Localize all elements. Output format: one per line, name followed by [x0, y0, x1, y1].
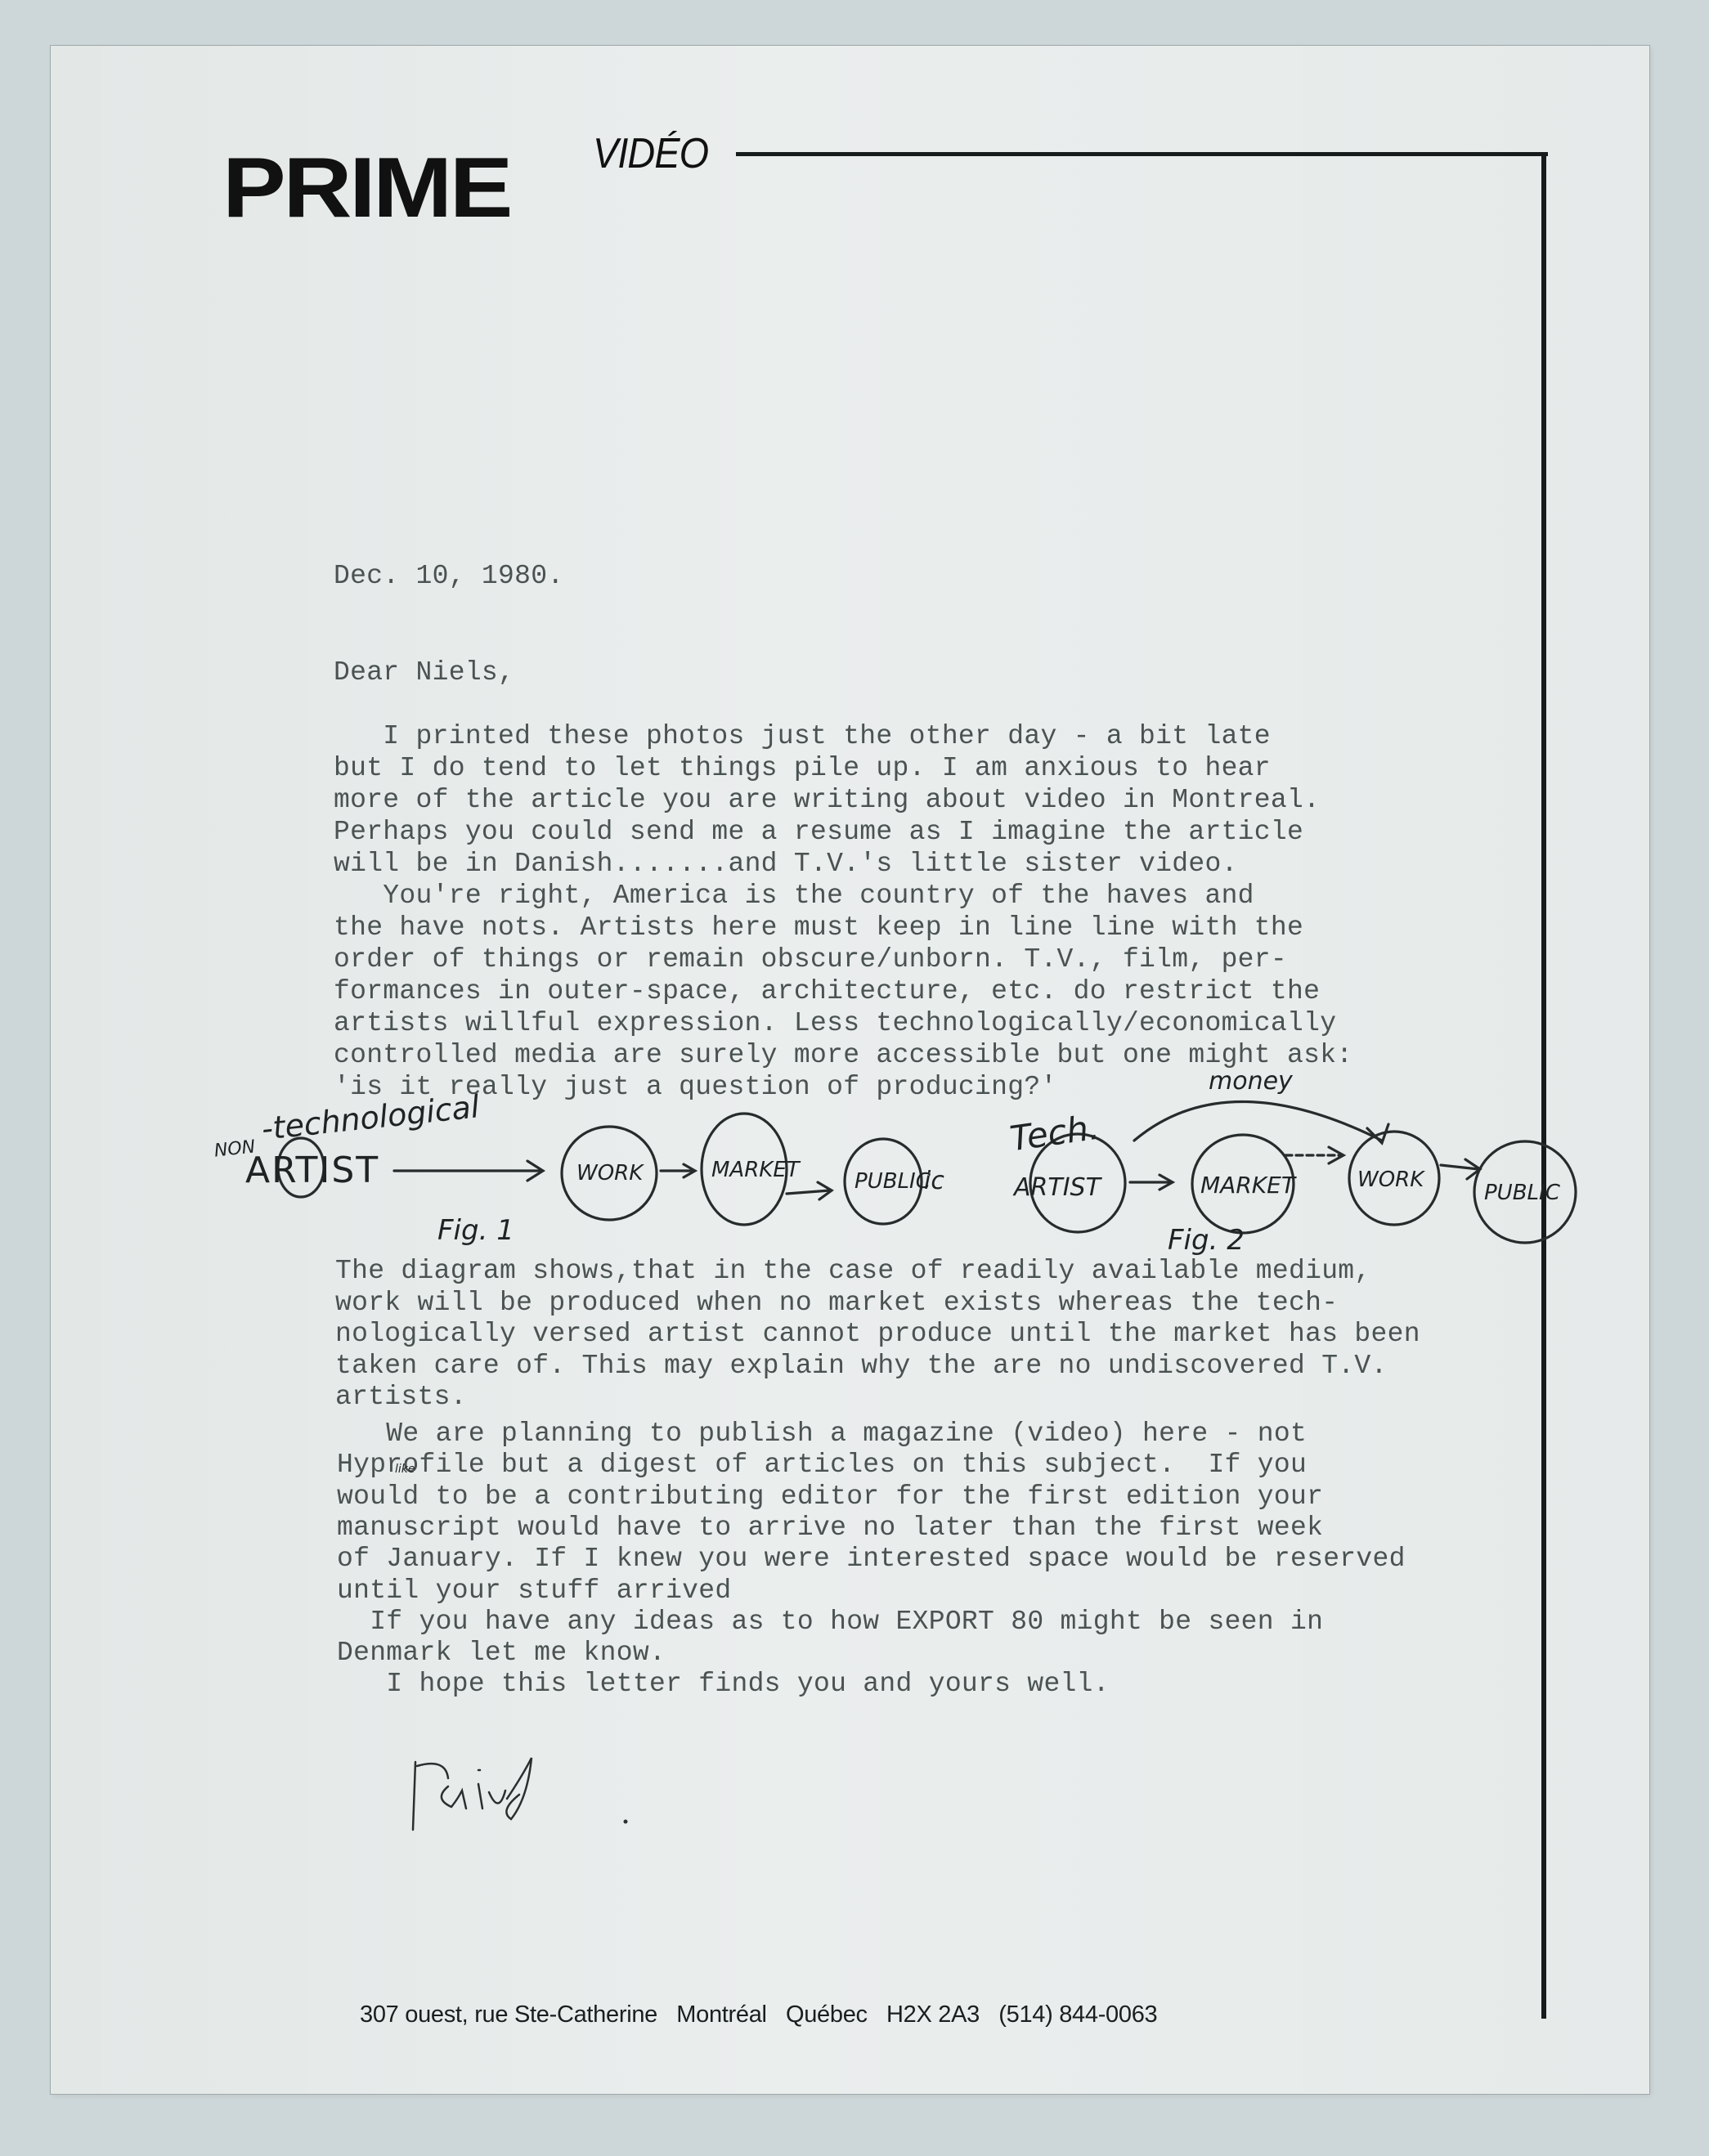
letterhead-logo-prime: PRIME	[222, 146, 510, 231]
fig2-node-market: MARKET	[1200, 1174, 1295, 1197]
letter-line: of January. If I knew you were intereste…	[337, 1545, 1406, 1572]
letter-line: will be in Danish.......and T.V.'s littl…	[334, 850, 1238, 877]
letter-line: I hope this letter finds you and yours w…	[337, 1670, 1110, 1697]
letter-date: Dec. 10, 1980.	[334, 563, 563, 589]
fig2-node-public: PUBLIC	[1484, 1182, 1560, 1204]
letter-line: artists.	[335, 1383, 467, 1410]
letter-line: manuscript would have to arrive no later…	[337, 1514, 1323, 1541]
fig1-node-work: WORK	[576, 1163, 643, 1184]
fig1-node-market: MARKET	[711, 1159, 800, 1181]
letter-line: If you have any ideas as to how EXPORT 8…	[337, 1608, 1323, 1635]
letter-line: Perhaps you could send me a resume as I …	[334, 818, 1303, 845]
fig2-arc-label: money	[1209, 1069, 1293, 1094]
letterhead-rule-horizontal	[736, 152, 1548, 156]
letter-line: controlled media are surely more accessi…	[334, 1042, 1352, 1069]
letter-line: Hyprofile but a digest of articles on th…	[337, 1451, 1307, 1478]
letter-line: nologically versed artist cannot produce…	[335, 1320, 1420, 1347]
letter-line: You're right, America is the country of …	[334, 882, 1254, 909]
fig1-node-public: PUBLIC	[854, 1171, 931, 1192]
fig2-caption: Fig. 2	[1168, 1226, 1245, 1254]
letter-line: would to be a contributing editor for th…	[337, 1483, 1323, 1510]
handwritten-insert: like	[395, 1463, 415, 1475]
letter-salutation: Dear Niels,	[334, 659, 514, 686]
fig1-artist: ARTIST	[245, 1153, 379, 1189]
letter-line: The diagram shows,that in the case of re…	[335, 1257, 1371, 1284]
fig1-caption: Fig. 1	[437, 1217, 514, 1244]
letter-line: the have nots. Artists here must keep in…	[334, 914, 1303, 941]
letter-line: taken care of. This may explain why the …	[335, 1352, 1388, 1379]
fig1-node-public-tail: ic	[924, 1169, 944, 1194]
letter-line: until your stuff arrived	[337, 1577, 731, 1604]
letter-line: order of things or remain obscure/unborn…	[334, 946, 1287, 973]
letter-line: artists willful expression. Less technol…	[334, 1010, 1336, 1037]
letterhead-address: 307 ouest, rue Ste-Catherine Montréal Qu…	[360, 2001, 1157, 2028]
letterhead-logo-video: VIDÉO	[593, 132, 708, 175]
letter-line: formances in outer-space, architecture, …	[334, 978, 1320, 1005]
letter-line: Denmark let me know.	[337, 1639, 666, 1666]
letter-line: work will be produced when no market exi…	[335, 1289, 1338, 1316]
fig2-node-work: WORK	[1357, 1169, 1424, 1190]
letter-line: We are planning to publish a magazine (v…	[337, 1420, 1307, 1447]
letter-line: I printed these photos just the other da…	[334, 723, 1271, 750]
letter-line: but I do tend to let things pile up. I a…	[334, 755, 1271, 782]
letterhead-rule-vertical	[1541, 152, 1546, 2019]
letter-line: more of the article you are writing abou…	[334, 787, 1320, 814]
fig2-node-artist: ARTIST	[1014, 1176, 1101, 1200]
